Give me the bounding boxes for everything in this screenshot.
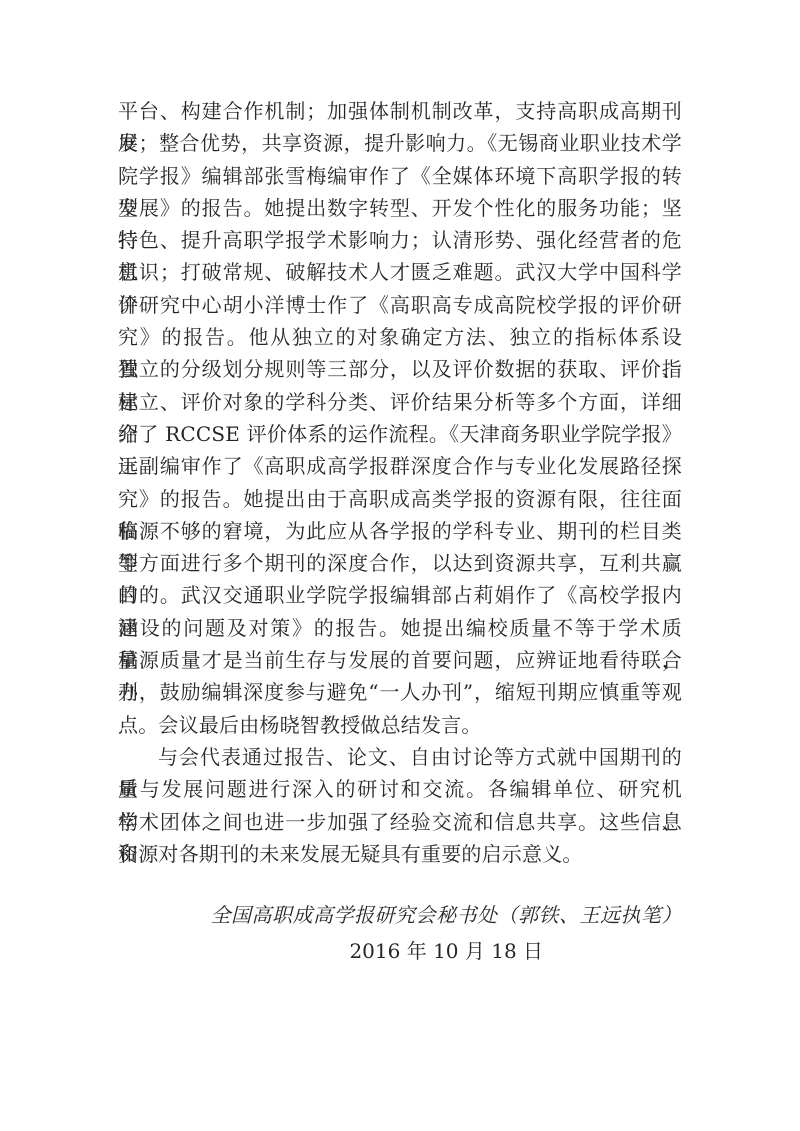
text-line: 发展》的报告。她提出数字转型、开发个性化的服务功能；坚持 [118,192,682,224]
text-line: 目的。武汉交通职业学院学报编辑部占莉娟作了《高校学报内涵 [118,579,682,611]
paragraph: 平台、构建合作机制；加强体制机制改革，支持高职成高期刊发展；整合优势，共享资源，… [118,95,682,741]
text-line: 建立、评价对象的学科分类、评价结果分析等多个方面，详细介 [118,386,682,418]
text-line: 究》的报告。他从独立的对象确定方法、独立的指标体系设置、 [118,321,682,353]
text-line: 院学报》编辑部张雪梅编审作了《全媒体环境下高职学报的转型 [118,160,682,192]
text-line: 特色、提升高职学报学术影响力；认清形势、强化经营者的危机 [118,224,682,256]
text-line: 展；整合优势，共享资源，提升影响力。《无锡商业职业技术学 [118,127,682,159]
text-line: 等方面进行多个期刊的深度合作，以达到资源共享，互利共赢的 [118,547,682,579]
document-body: 平台、构建合作机制；加强体制机制改革，支持高职成高期刊发展；整合优势，共享资源，… [118,95,682,870]
document-page: 平台、构建合作机制；加强体制机制改革，支持高职成高期刊发展；整合优势，共享资源，… [0,0,800,1131]
text-line: 意识；打破常规、破解技术人才匮乏难题。武汉大学中国科学评 [118,256,682,288]
text-line: 点。会议最后由杨晓智教授做总结发言。 [118,709,682,741]
text-line: 资源对各期刊的未来发展无疑具有重要的启示意义。 [118,838,682,870]
text-line: 与会代表通过报告、论文、自由讨论等方式就中国期刊的质 [118,741,682,773]
signature-block: 全国高职成高学报研究会秘书处（郭铁、王远执笔） 2016 年 10 月 18 日 [211,898,683,968]
text-line: 绍了 RCCSE 评价体系的运作流程。《天津商务职业学院学报》王 [118,418,682,450]
text-line: 建设的问题及对策》的报告。她提出编校质量不等于学术质量， [118,612,682,644]
text-line: 远副编审作了《高职成高学报群深度合作与专业化发展路径探 [118,450,682,482]
date-line: 2016 年 10 月 18 日 [211,934,683,968]
text-line: 独立的分级划分规则等三部分，以及评价数据的获取、评价指标 [118,353,682,385]
text-line: 价研究中心胡小洋博士作了《高职高专成高院校学报的评价研 [118,289,682,321]
paragraph: 与会代表通过报告、论文、自由讨论等方式就中国期刊的质量与发展问题进行深入的研讨和… [118,741,682,870]
signature-line: 全国高职成高学报研究会秘书处（郭铁、王远执笔） [211,898,683,932]
text-line: 稿源质量才是当前生存与发展的首要问题，应辨证地看待联合办 [118,644,682,676]
text-line: 平台、构建合作机制；加强体制机制改革，支持高职成高期刊发 [118,95,682,127]
text-line: 量与发展问题进行深入的研讨和交流。各编辑单位、研究机构、 [118,773,682,805]
text-line: 学术团体之间也进一步加强了经验交流和信息共享。这些信息和 [118,806,682,838]
text-line: 稿源不够的窘境，为此应从各学报的学科专业、期刊的栏目类型 [118,515,682,547]
text-line: 究》的报告。她提出由于高职成高类学报的资源有限，往往面临 [118,483,682,515]
text-line: 刊，鼓励编辑深度参与避免“一人办刊”，缩短刊期应慎重等观 [118,676,682,708]
